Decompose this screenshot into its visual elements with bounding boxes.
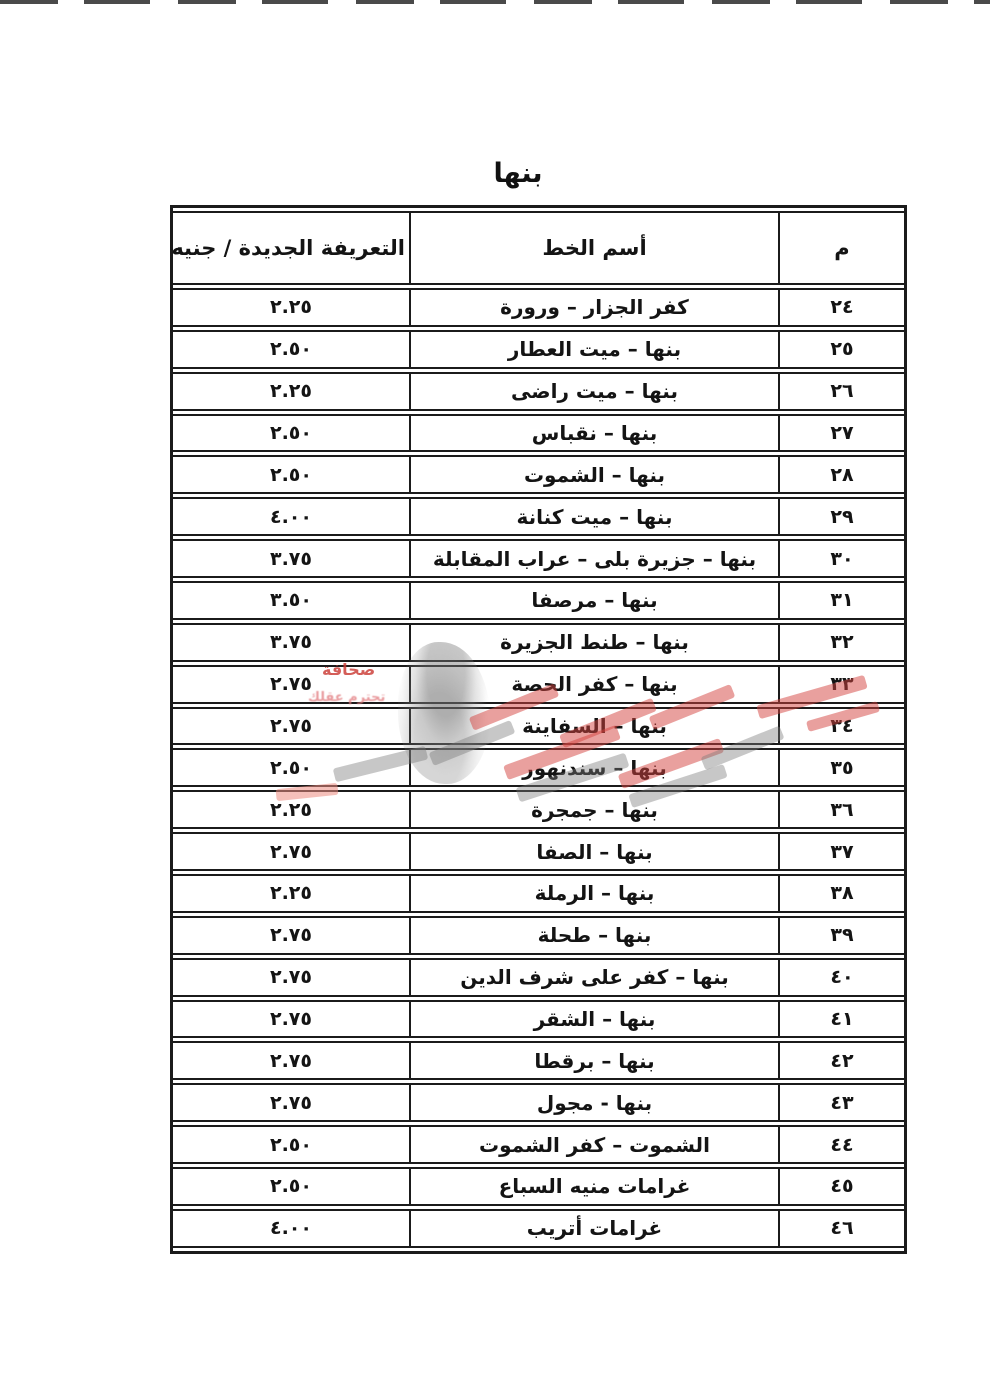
row-number: ٢٦ — [778, 372, 904, 411]
table-row: ٤١ بنها – الشقر ٢.٧٥ — [173, 1000, 904, 1039]
tariff-value: ٢.٢٥ — [173, 790, 409, 829]
header-number: م — [778, 211, 904, 285]
line-name: بنها – جزيرة بلى – عراب المقابلة — [409, 539, 778, 578]
line-name: الشموت – كفر الشموت — [409, 1125, 778, 1164]
tariff-value: ٤.٠٠ — [173, 1209, 409, 1248]
line-name: بنها – نقباس — [409, 414, 778, 453]
tariff-value: ٢.٥٠ — [173, 330, 409, 369]
row-number: ٢٧ — [778, 414, 904, 453]
line-name: بنها – الصفا — [409, 832, 778, 871]
row-number: ٣٤ — [778, 707, 904, 746]
tariff-value: ٢.٢٥ — [173, 372, 409, 411]
row-number: ٤٢ — [778, 1041, 904, 1080]
row-number: ٣٩ — [778, 916, 904, 955]
row-number: ٣٥ — [778, 748, 904, 787]
tariff-value: ٢.٧٥ — [173, 665, 409, 704]
scan-edge-artifact — [0, 0, 990, 4]
table-row: ٤٣ بنها - مجول ٢.٧٥ — [173, 1083, 904, 1122]
document-page: بنها م أسم الخط التعريفة الجديدة / جنيه … — [0, 0, 990, 1400]
tariff-value: ٢.٧٥ — [173, 1083, 409, 1122]
table-row: ٣٢ بنها – طنط الجزيرة ٣.٧٥ — [173, 623, 904, 662]
table-row: ٤٦ غرامات أتريب ٤.٠٠ — [173, 1209, 904, 1248]
line-name: بنها – كفر على شرف الدين — [409, 958, 778, 997]
page-title: بنها — [168, 158, 868, 190]
table-row: ٣٤ بنها – السفاينة ٢.٧٥ — [173, 707, 904, 746]
tariff-value: ٢.٧٥ — [173, 1000, 409, 1039]
tariff-value: ٤.٠٠ — [173, 497, 409, 536]
row-number: ٢٨ — [778, 455, 904, 494]
line-name: غرامات أتريب — [409, 1209, 778, 1248]
tariff-value: ٢.٧٥ — [173, 832, 409, 871]
tariff-value: ٢.٥٠ — [173, 414, 409, 453]
tariff-value: ٣.٧٥ — [173, 539, 409, 578]
table-row: ٣٩ بنها – طحلة ٢.٧٥ — [173, 916, 904, 955]
table-row: ٣١ بنها – مرصفا ٣.٥٠ — [173, 581, 904, 620]
tariff-value: ٢.٢٥ — [173, 874, 409, 913]
row-number: ٣٣ — [778, 665, 904, 704]
row-number: ٢٥ — [778, 330, 904, 369]
row-number: ٣٠ — [778, 539, 904, 578]
line-name: بنها – سندنهور — [409, 748, 778, 787]
table-row: ٣٠ بنها – جزيرة بلى – عراب المقابلة ٣.٧٥ — [173, 539, 904, 578]
row-number: ٣١ — [778, 581, 904, 620]
table-row: ٣٦ بنها – جمجرة ٢.٢٥ — [173, 790, 904, 829]
table-header-row: م أسم الخط التعريفة الجديدة / جنيه — [173, 211, 904, 285]
table-body: ٢٤ كفر الجزار – ورورة ٢.٢٥ ٢٥ بنها – ميت… — [173, 288, 904, 1248]
table-row: ٤٢ بنها – برقطا ٢.٧٥ — [173, 1041, 904, 1080]
row-number: ٣٢ — [778, 623, 904, 662]
line-name: بنها – برقطا — [409, 1041, 778, 1080]
line-name: بنها – الرملة — [409, 874, 778, 913]
row-number: ٤٣ — [778, 1083, 904, 1122]
header-tariff: التعريفة الجديدة / جنيه — [173, 211, 409, 285]
table-row: ٤٠ بنها – كفر على شرف الدين ٢.٧٥ — [173, 958, 904, 997]
table-row: ٣٨ بنها – الرملة ٢.٢٥ — [173, 874, 904, 913]
tariff-value: ٢.٥٠ — [173, 748, 409, 787]
row-number: ٤٠ — [778, 958, 904, 997]
line-name: غرامات منيه السباع — [409, 1167, 778, 1206]
row-number: ٣٦ — [778, 790, 904, 829]
line-name: بنها – جمجرة — [409, 790, 778, 829]
tariff-table: م أسم الخط التعريفة الجديدة / جنيه ٢٤ كف… — [170, 205, 907, 1254]
line-name: بنها – طحلة — [409, 916, 778, 955]
table-row: ٢٥ بنها – ميت العطار ٢.٥٠ — [173, 330, 904, 369]
tariff-value: ٢.٧٥ — [173, 916, 409, 955]
row-number: ٤٤ — [778, 1125, 904, 1164]
line-name: كفر الجزار – ورورة — [409, 288, 778, 327]
line-name: بنها – ميت كنانة — [409, 497, 778, 536]
table-row: ٣٥ بنها – سندنهور ٢.٥٠ — [173, 748, 904, 787]
line-name: بنها – كفر الحصة — [409, 665, 778, 704]
line-name: بنها – ميت راضى — [409, 372, 778, 411]
row-number: ٣٨ — [778, 874, 904, 913]
tariff-value: ٢.٢٥ — [173, 288, 409, 327]
tariff-value: ٣.٥٠ — [173, 581, 409, 620]
table-row: ٤٥ غرامات منيه السباع ٢.٥٠ — [173, 1167, 904, 1206]
row-number: ٣٧ — [778, 832, 904, 871]
table-row: ٣٧ بنها – الصفا ٢.٧٥ — [173, 832, 904, 871]
tariff-value: ٢.٥٠ — [173, 1167, 409, 1206]
line-name: بنها – طنط الجزيرة — [409, 623, 778, 662]
tariff-value: ٢.٥٠ — [173, 1125, 409, 1164]
row-number: ٤٥ — [778, 1167, 904, 1206]
tariff-value: ٢.٧٥ — [173, 707, 409, 746]
row-number: ٢٤ — [778, 288, 904, 327]
tariff-value: ٣.٧٥ — [173, 623, 409, 662]
row-number: ٤١ — [778, 1000, 904, 1039]
tariff-table-grid: م أسم الخط التعريفة الجديدة / جنيه ٢٤ كف… — [173, 208, 904, 1251]
line-name: بنها – الشقر — [409, 1000, 778, 1039]
table-row: ٢٤ كفر الجزار – ورورة ٢.٢٥ — [173, 288, 904, 327]
row-number: ٤٦ — [778, 1209, 904, 1248]
header-line-name: أسم الخط — [409, 211, 778, 285]
tariff-value: ٢.٥٠ — [173, 455, 409, 494]
row-number: ٢٩ — [778, 497, 904, 536]
table-row: ٢٨ بنها – الشموت ٢.٥٠ — [173, 455, 904, 494]
line-name: بنها – ميت العطار — [409, 330, 778, 369]
line-name: بنها – الشموت — [409, 455, 778, 494]
tariff-value: ٢.٧٥ — [173, 958, 409, 997]
line-name: بنها – مرصفا — [409, 581, 778, 620]
table-row: ٢٦ بنها – ميت راضى ٢.٢٥ — [173, 372, 904, 411]
table-row: ٢٧ بنها – نقباس ٢.٥٠ — [173, 414, 904, 453]
line-name: بنها - مجول — [409, 1083, 778, 1122]
table-row: ٢٩ بنها – ميت كنانة ٤.٠٠ — [173, 497, 904, 536]
table-row: ٤٤ الشموت – كفر الشموت ٢.٥٠ — [173, 1125, 904, 1164]
table-row: ٣٣ بنها – كفر الحصة ٢.٧٥ — [173, 665, 904, 704]
tariff-value: ٢.٧٥ — [173, 1041, 409, 1080]
line-name: بنها – السفاينة — [409, 707, 778, 746]
